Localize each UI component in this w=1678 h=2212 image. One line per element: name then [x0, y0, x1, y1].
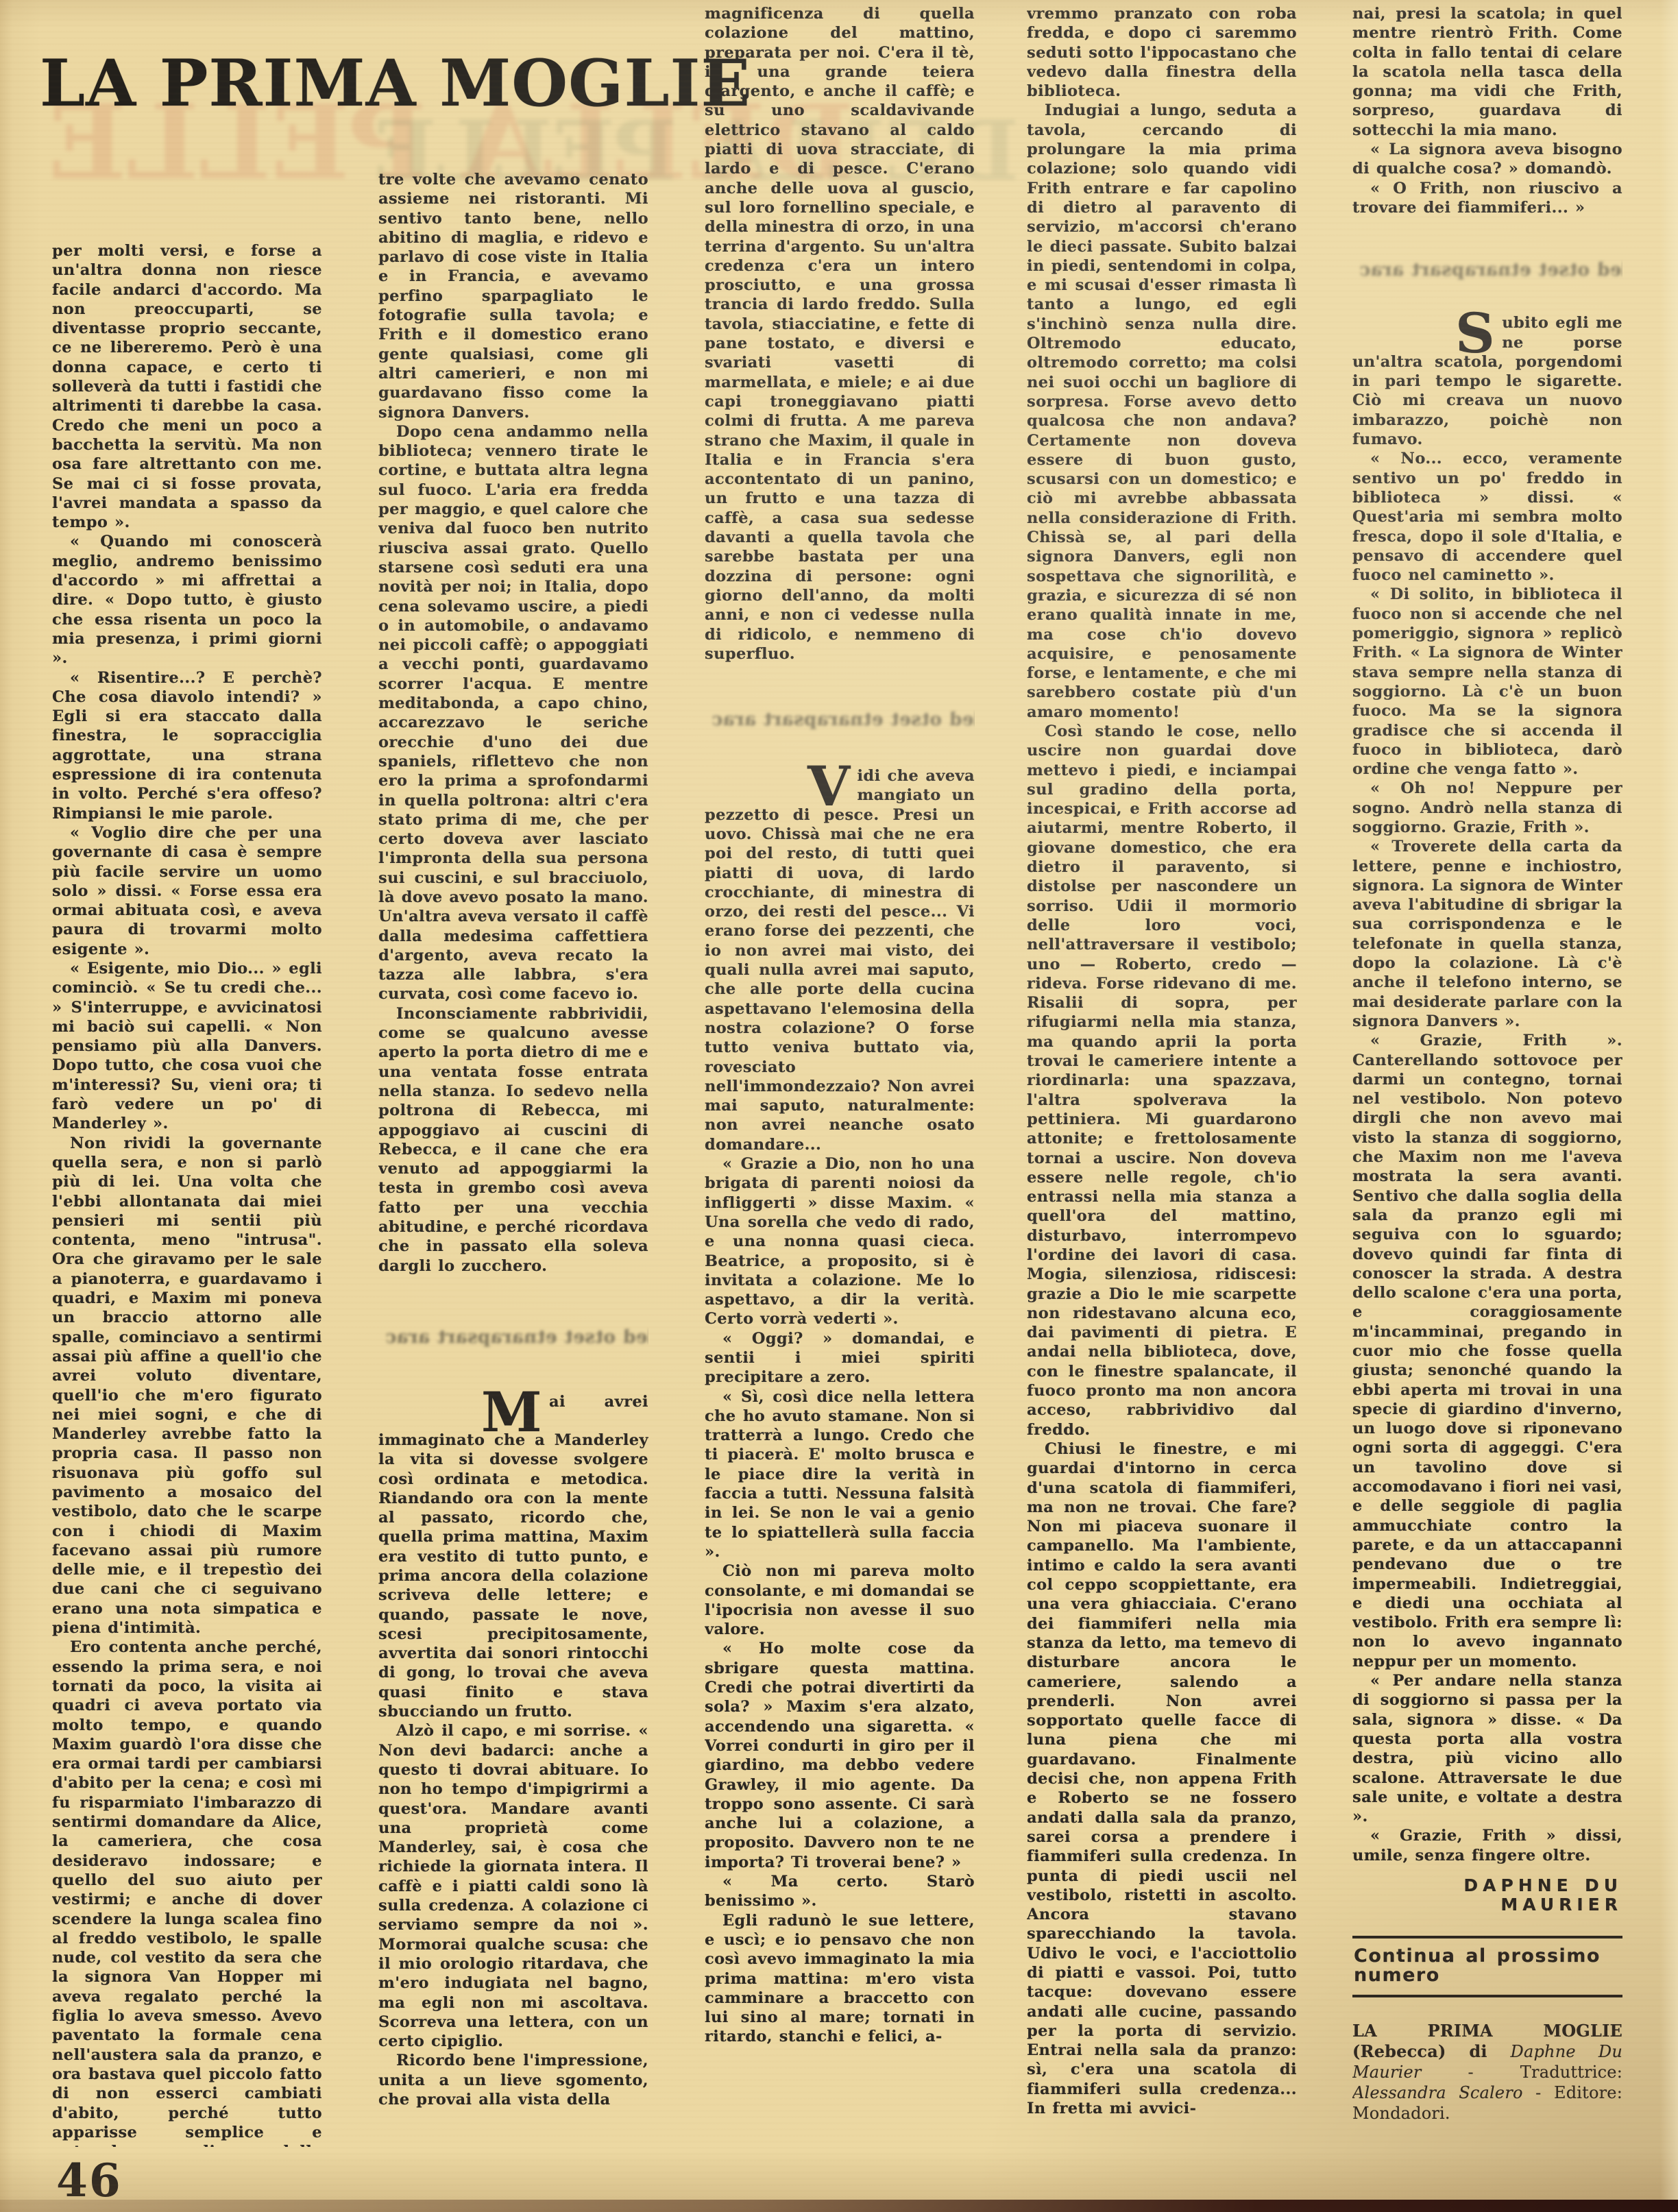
paragraph: Alzò il capo, e mi sorrise. « Non devi b… [378, 1721, 648, 2051]
paragraph: « No... ecco, veramente sentivo un po' f… [1352, 449, 1622, 585]
paragraph: « Esigente, mio Dio... » egli cominciò. … [52, 959, 322, 1134]
drop-cap: M [481, 1394, 542, 1431]
text-column-1: per molti versi, e forse a un'altra donn… [52, 241, 322, 2147]
text-column-3: magnificenza di quella colazione del mat… [705, 4, 975, 2177]
column-gap: onretla led otset etnarapsart arac [705, 664, 975, 766]
credit-note-part: Alessandra Scalero [1352, 2083, 1523, 2102]
author-byline: DAPHNE DU MAURIER [1352, 1876, 1622, 1915]
drop-cap: V [807, 768, 850, 805]
text-column-2: tre volte che avevamo cenato assieme nei… [378, 170, 648, 2151]
paragraph: « Grazie a Dio, non ho una brigata di pa… [705, 1154, 975, 1329]
drop-cap-paragraph: Subito egli me ne porse un'altra scatola… [1352, 313, 1622, 449]
paragraph: « La signora aveva bisogno di qualche co… [1352, 140, 1622, 179]
paragraph: « Troverete della carta da lettere, penn… [1352, 837, 1622, 1031]
drop-cap: S [1455, 315, 1495, 352]
paragraph: per molti versi, e forse a un'altra donn… [52, 241, 322, 532]
paragraph: Chiusi le finestre, e mi guardai d'intor… [1027, 1439, 1297, 2118]
show-through-ghost-text: onretla led otset etnarapsart arac [1359, 260, 1622, 280]
text-column-4: vremmo pranzato con roba fredda, e dopo … [1027, 4, 1297, 2177]
paragraph: Ricordo bene l'impressione, unita a un l… [378, 2051, 648, 2109]
paragraph: Dopo cena andammo nella biblioteca; venn… [378, 422, 648, 1004]
paragraph: « Di solito, in biblioteca il fuoco non … [1352, 585, 1622, 779]
paragraph: « Voglio dire che per una governante di … [52, 823, 322, 959]
paragraph: « Risentire...? E perchè? Che cosa diavo… [52, 668, 322, 823]
paragraph: vremmo pranzato con roba fredda, e dopo … [1027, 4, 1297, 101]
paragraph: tre volte che avevamo cenato assieme nei… [378, 170, 648, 422]
paragraph: « Quando mi conoscerà meglio, andremo be… [52, 532, 322, 668]
paragraph: Non rividi la governante quella sera, e … [52, 1134, 322, 1638]
paragraph: « Grazie, Frith » dissi, umile, senza fi… [1352, 1826, 1622, 1865]
show-through-ghost-text: onretla led otset etnarapsart arac [712, 710, 975, 729]
column-gap: onretla led otset etnarapsart arac [1352, 217, 1622, 313]
paragraph: « Oh no! Neppure per sogno. Andrò nella … [1352, 779, 1622, 837]
paragraph: « Oggi? » domandai, e sentii i miei spir… [705, 1329, 975, 1387]
column-gap: onretla led otset etnarapsart arac [378, 1276, 648, 1392]
scan-bottom-edge [0, 2200, 1678, 2212]
credit-note: LA PRIMA MOGLIE (Rebecca) di Daphne Du M… [1352, 2021, 1622, 2124]
paragraph: Inconsciamente rabbrividii, come se qual… [378, 1004, 648, 1276]
credit-note-part: - Traduttrice: [1422, 2063, 1622, 2082]
paragraph: « Grazie, Frith ». Canterellando sottovo… [1352, 1031, 1622, 1671]
paragraph: « O Frith, non riuscivo a trovare dei fi… [1352, 179, 1622, 218]
paragraph: nai, presi la scatola; in quel mentre ri… [1352, 4, 1622, 140]
paragraph: Indugiai a lungo, seduta a tavola, cerca… [1027, 101, 1297, 722]
paragraph: « Sì, così dice nella lettera che ho avu… [705, 1387, 975, 1562]
magazine-page: { "page": { "title": "LA PRIMA MOGLIE", … [0, 0, 1678, 2212]
continuation-notice: Continua al prossimo numero [1352, 1936, 1622, 1998]
paragraph: Così stando le cose, nello uscire non gu… [1027, 722, 1297, 1439]
paragraph: Ciò non mi pareva molto consolante, e mi… [705, 1561, 975, 1639]
show-through-ghost-text: onretla led otset etnarapsart arac [385, 1328, 648, 1347]
paragraph: Ero contenta anche perché, essendo la pr… [52, 1638, 322, 2147]
paragraph: Egli radunò le sue lettere, e uscì; e io… [705, 1911, 975, 2047]
paragraph: « Per andare nella stanza di soggiorno s… [1352, 1671, 1622, 1826]
drop-cap-paragraph: Vidi che aveva mangiato un pezzetto di p… [705, 766, 975, 1154]
text-column-5: nai, presi la scatola; in quel mentre ri… [1352, 4, 1622, 2207]
page-title: LA PRIMA MOGLIE [40, 46, 712, 121]
paragraph: « Ho molte cose da sbrigare questa matti… [705, 1639, 975, 1872]
paragraph: « Ma certo. Starò benissimo ». [705, 1872, 975, 1911]
drop-cap-paragraph: Mai avrei immaginato che a Manderley la … [378, 1392, 648, 1721]
